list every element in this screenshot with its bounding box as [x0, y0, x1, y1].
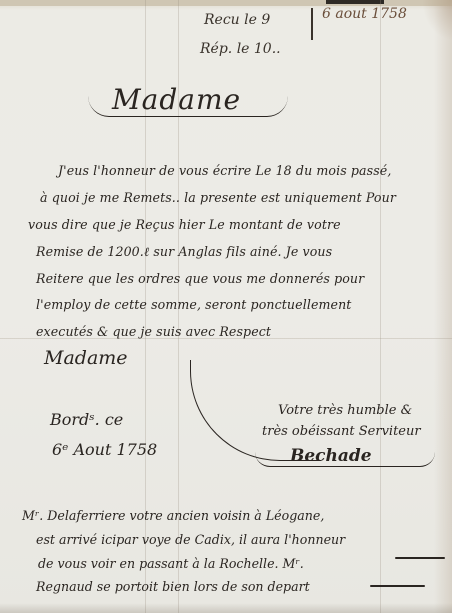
annotation-divider — [311, 8, 313, 40]
body-line: l'employ de cette somme, seront ponctuel… — [36, 297, 351, 312]
replied-annotation: Rép. le 10.. — [200, 41, 281, 57]
body-line: à quoi je me Remets.. la presente est un… — [40, 190, 396, 205]
body-line: J'eus l'honneur de vous écrire Le 18 du … — [58, 163, 391, 178]
salutation-flourish — [88, 96, 288, 117]
date-annotation: 6 aout 1758 — [322, 6, 407, 22]
letter-place: Bordˢ. ce — [50, 410, 123, 429]
fold-line — [380, 0, 381, 613]
postscript-line: de vous voir en passant à la Rochelle. M… — [38, 556, 304, 571]
letter-page: Recu le 9 6 aout 1758 Rép. le 10.. Madam… — [0, 0, 452, 613]
received-annotation: Recu le 9 — [204, 12, 270, 28]
body-line: Reitere que les ordres que vous me donne… — [36, 271, 364, 286]
page-bottom-edge — [0, 603, 452, 613]
postscript-line: est arrivé icipar voye de Cadix, il aura… — [36, 532, 345, 547]
letter-date: 6ᵉ Aout 1758 — [52, 440, 157, 459]
closing-salutation: Madame — [44, 347, 128, 369]
postscript-line: Regnaud se portoit bien lors de son depa… — [36, 579, 310, 594]
body-line: executés & que je suis avec Respect — [36, 324, 271, 339]
line-filler-stroke — [370, 585, 425, 587]
body-line: Remise de 1200.ℓ sur Anglas fils ainé. J… — [36, 244, 332, 260]
line-filler-stroke — [395, 557, 445, 559]
signature-underline — [255, 452, 435, 467]
body-line: vous dire que je Reçus hier Le montant d… — [28, 217, 341, 232]
signature-line-2: très obéissant Serviteur — [262, 424, 421, 439]
postscript-line: Mʳ. Delaferriere votre ancien voisin à L… — [22, 508, 324, 523]
signature-line-1: Votre très humble & — [278, 403, 412, 418]
page-top-edge-shadow — [326, 0, 384, 4]
corner-stain — [422, 0, 452, 40]
